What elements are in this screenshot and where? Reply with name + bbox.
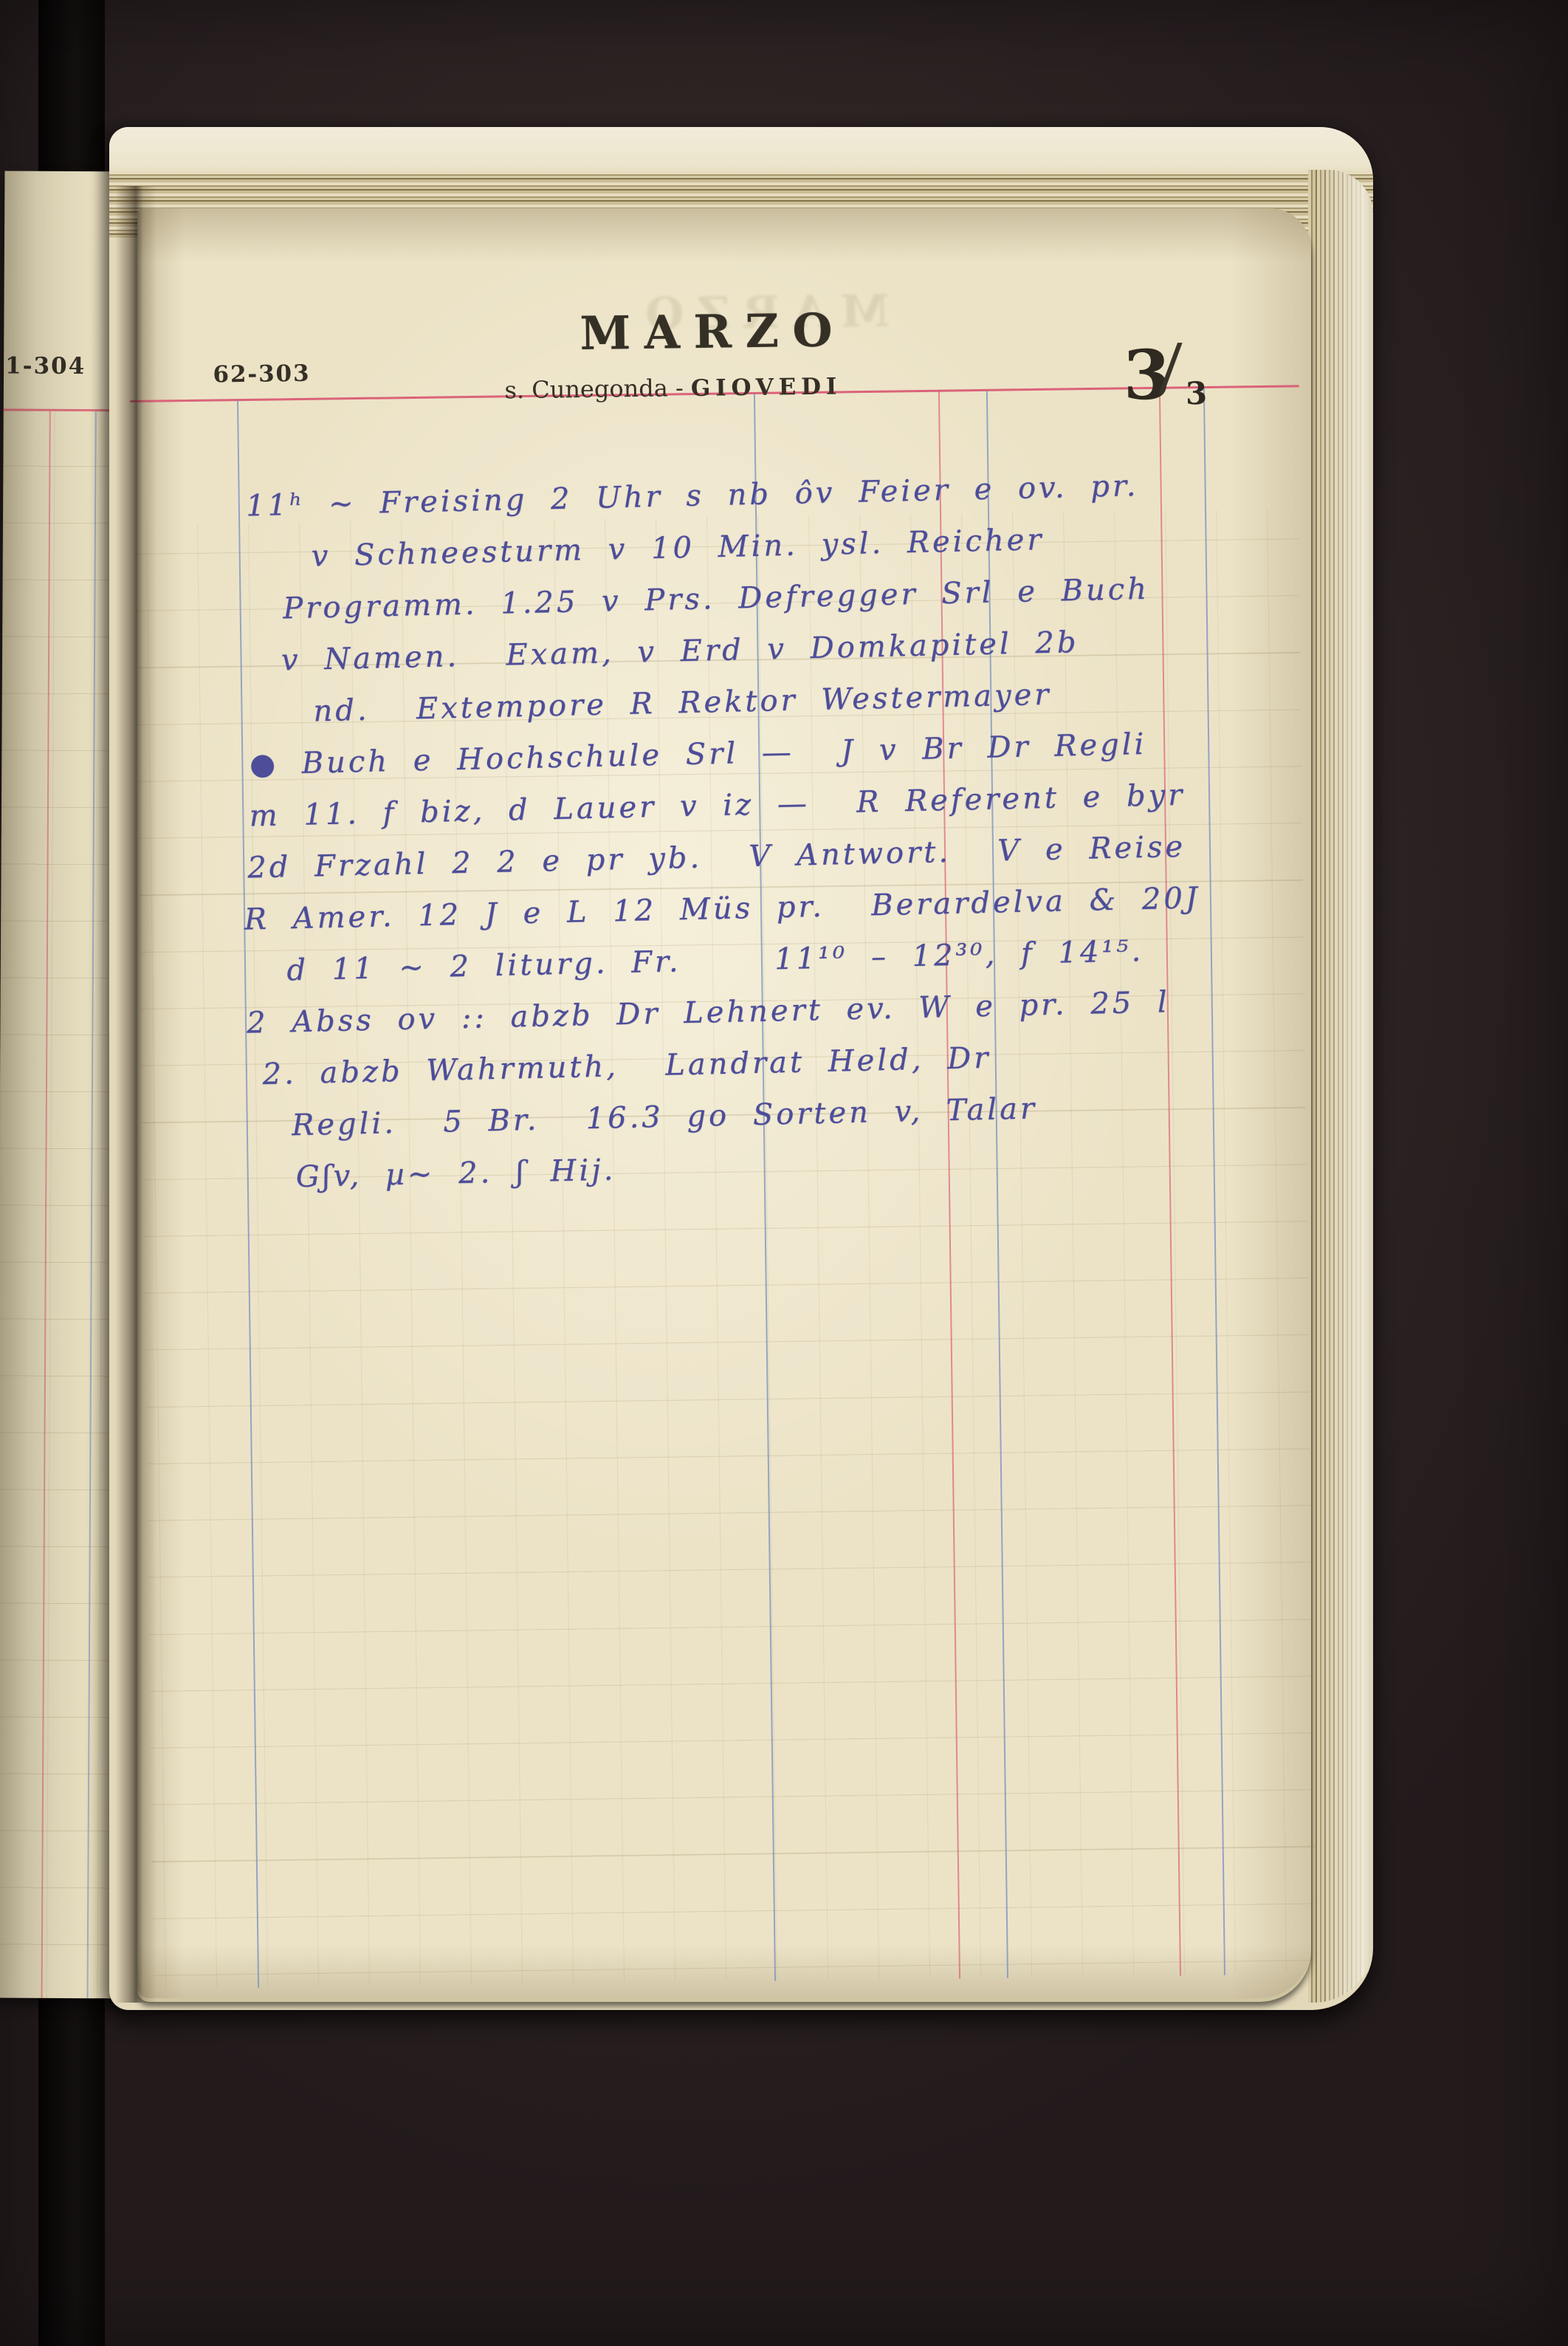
page-code: 62-303 [213,360,310,388]
weekday-name: GIOVEDI [691,373,842,402]
saint-name: s. Cunegonda [504,374,668,405]
diary-photo: 1-304 MARZO MARZO 62-303 s. Cunegonda - … [0,0,1568,2346]
diary-page: MARZO MARZO 62-303 s. Cunegonda - GIOVED… [137,208,1311,1998]
month-title: MARZO [550,303,876,361]
handwriting-block: 11ʰ ~ Freising 2 Uhr s nb ôv Feier e ov.… [128,457,1296,1207]
day-number-denominator: 3 [1186,378,1208,409]
gutter-shadow [115,186,157,2003]
diary-page-content: MARZO MARZO 62-303 s. Cunegonda - GIOVED… [125,193,1322,1998]
saint-weekday-separator: - [675,374,684,402]
saint-day-line: s. Cunegonda - GIOVEDI [422,371,924,405]
previous-page-code: 1-304 [5,353,86,380]
day-number-slash: / [1158,335,1183,397]
